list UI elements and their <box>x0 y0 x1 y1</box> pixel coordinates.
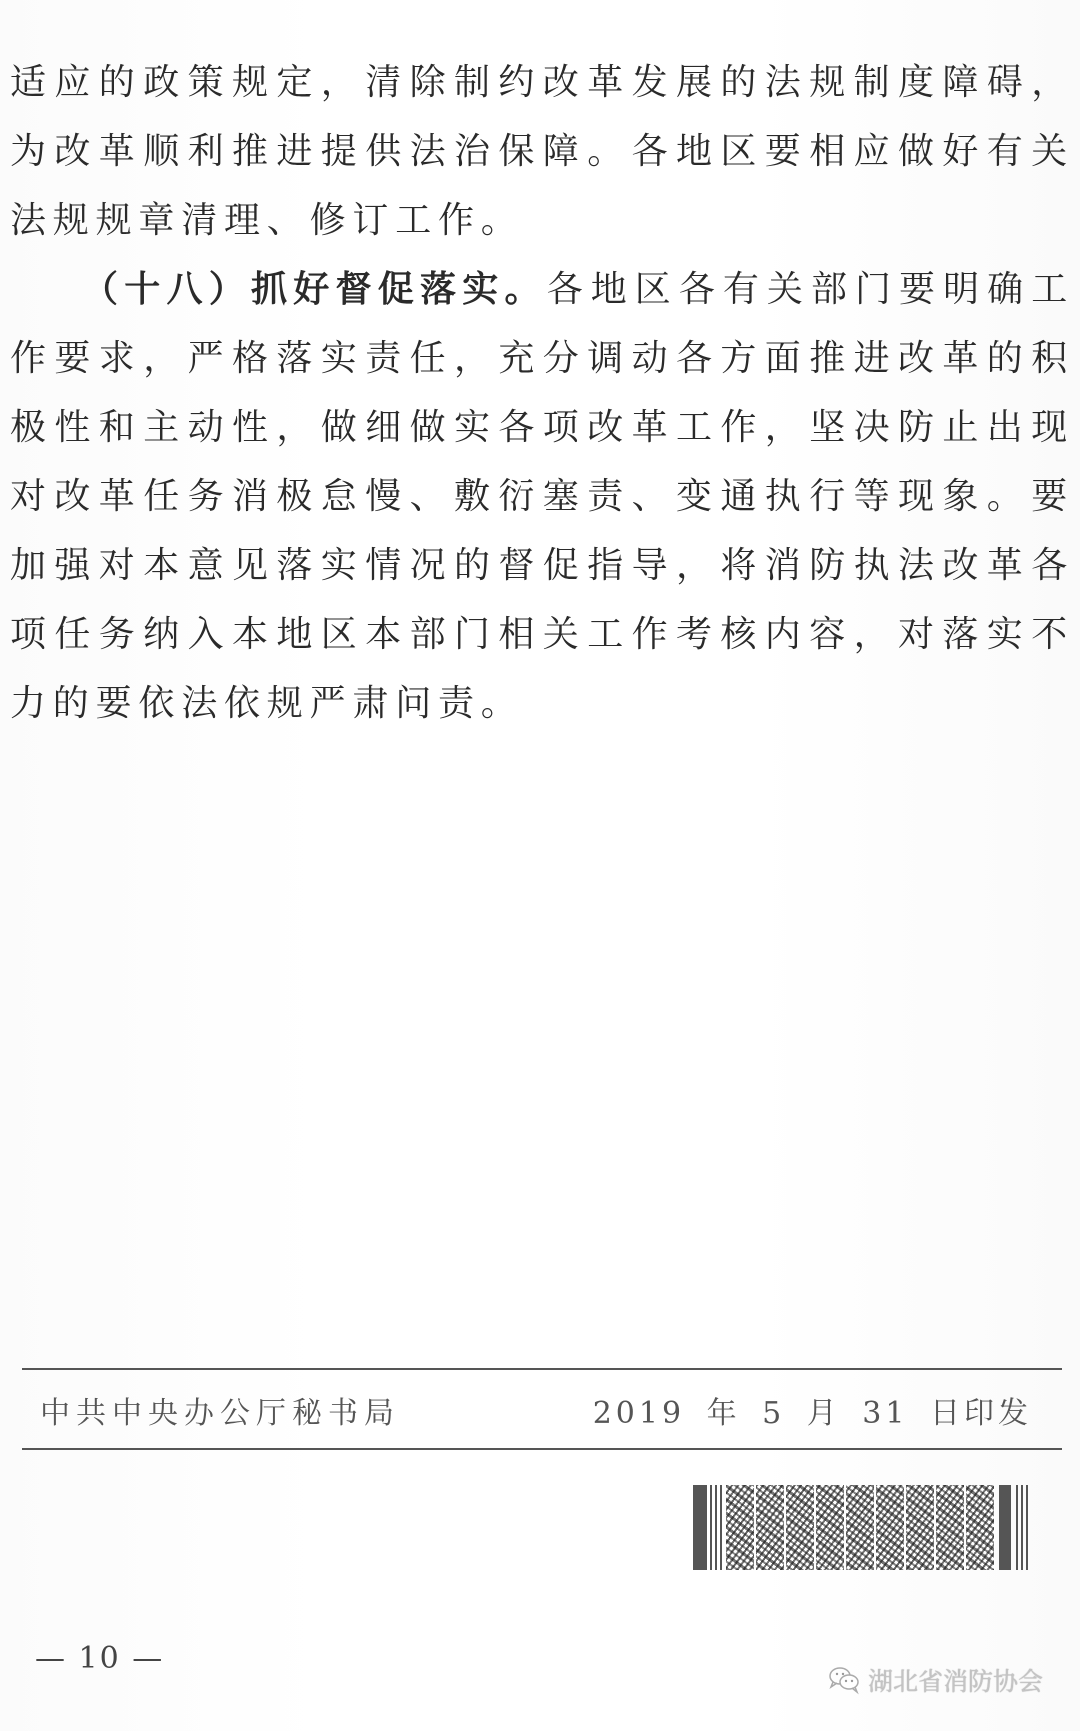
paragraph-text: 各地区各有关部门要明确工作要求，严格落实责任，充分调动各方面推进改革的积极性和主… <box>10 269 1074 724</box>
barcode-data-region <box>726 1485 995 1570</box>
pdf417-barcode <box>693 1485 1028 1570</box>
wechat-icon <box>828 1665 862 1695</box>
paragraph-section-18: （十八）抓好督促落实。各地区各有关部门要明确工作要求，严格落实责任，充分调动各方… <box>10 255 1074 738</box>
section-heading: （十八）抓好督促落实。 <box>82 268 547 310</box>
imprint-top-rule <box>22 1368 1062 1370</box>
document-page: 适应的政策规定，清除制约改革发展的法规制度障碍，为改革顺利推进提供法治保障。各地… <box>0 0 1080 1731</box>
watermark: 湖北省消防协会 <box>828 1662 1043 1698</box>
imprint-date: 2019 年 5 月 31 日印发 <box>593 1388 1032 1432</box>
watermark-text: 湖北省消防协会 <box>868 1662 1043 1698</box>
document-body: 适应的政策规定，清除制约改革发展的法规制度障碍，为改革顺利推进提供法治保障。各地… <box>10 48 1074 738</box>
page-number: — 10 — <box>35 1641 164 1676</box>
imprint-issuer: 中共中央办公厅秘书局 <box>40 1388 400 1432</box>
imprint-bottom-rule <box>22 1448 1062 1450</box>
paragraph-continuation: 适应的政策规定，清除制约改革发展的法规制度障碍，为改革顺利推进提供法治保障。各地… <box>10 48 1074 255</box>
paragraph-text: 适应的政策规定，清除制约改革发展的法规制度障碍，为改革顺利推进提供法治保障。各地… <box>10 62 1074 241</box>
